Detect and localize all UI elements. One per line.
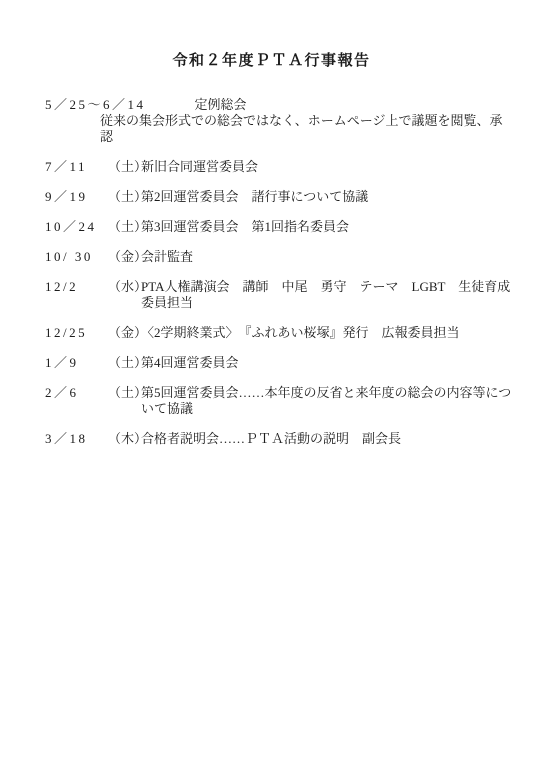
event-description: 新旧合同運営委員会 xyxy=(141,159,515,175)
event-row-main: 2／6 （土） 第5回運営委員会……本年度の反省と来年度の総会の内容等について協… xyxy=(45,385,515,417)
event-date: 10/ 30 xyxy=(45,249,108,265)
event-day-of-week: （土） xyxy=(108,385,141,401)
event-row-main: 12/25 （金） 〈2学期終業式〉 『ふれあい桜塚』発行 広報委員担当 xyxy=(45,325,515,341)
event-date: 2／6 xyxy=(45,385,108,401)
event-row: 2／6 （土） 第5回運営委員会……本年度の反省と来年度の総会の内容等について協… xyxy=(45,385,515,417)
event-date: 1／9 xyxy=(45,355,108,371)
page-title: 令和２年度ＰＴＡ行事報告 xyxy=(0,0,543,70)
event-day-of-week: （土） xyxy=(108,219,141,235)
event-day-of-week: （土） xyxy=(108,159,141,175)
event-date: 10／24 xyxy=(45,219,108,235)
event-description: 第2回運営委員会 諸行事について協議 xyxy=(141,189,515,205)
event-description: 合格者説明会……ＰＴＡ活動の説明 副会長 xyxy=(141,431,515,447)
event-date: 7／11 xyxy=(45,159,108,175)
event-row: 12/25 （金） 〈2学期終業式〉 『ふれあい桜塚』発行 広報委員担当 xyxy=(45,325,515,341)
event-row: 10/ 30 （金） 会計監査 xyxy=(45,249,515,265)
event-row-main: 9／19 （土） 第2回運営委員会 諸行事について協議 xyxy=(45,189,515,205)
event-row-main: 10/ 30 （金） 会計監査 xyxy=(45,249,515,265)
event-row: 5／25～6／14 定例総会 従来の集会形式での総会ではなく、ホームページ上で議… xyxy=(45,97,515,145)
event-day-of-week: （土） xyxy=(108,189,141,205)
event-day-of-week: （土） xyxy=(108,355,141,371)
event-row: 10／24 （土） 第3回運営委員会 第1回指名委員会 xyxy=(45,219,515,235)
event-description: 定例総会 xyxy=(195,97,515,113)
event-description: 会計監査 xyxy=(141,249,515,265)
event-day-of-week: （金） xyxy=(108,325,141,341)
event-row-main: 7／11 （土） 新旧合同運営委員会 xyxy=(45,159,515,175)
event-row: 12/2 （水） PTA人権講演会 講師 中尾 勇守 テーマ LGBT 生徒育成… xyxy=(45,279,515,311)
event-description: 第4回運営委員会 xyxy=(141,355,515,371)
event-row-main: 5／25～6／14 定例総会 xyxy=(45,97,515,113)
event-note: 従来の集会形式での総会ではなく、ホームページ上で議題を閲覧、承認 xyxy=(45,113,515,145)
event-date: 12/25 xyxy=(45,325,108,341)
event-date: 12/2 xyxy=(45,279,108,295)
event-row-main: 12/2 （水） PTA人権講演会 講師 中尾 勇守 テーマ LGBT 生徒育成… xyxy=(45,279,515,311)
event-date: 3／18 xyxy=(45,431,108,447)
event-description: 第3回運営委員会 第1回指名委員会 xyxy=(141,219,515,235)
event-row-main: 10／24 （土） 第3回運営委員会 第1回指名委員会 xyxy=(45,219,515,235)
event-row-main: 1／9 （土） 第4回運営委員会 xyxy=(45,355,515,371)
document-page: 令和２年度ＰＴＡ行事報告 5／25～6／14 定例総会 従来の集会形式での総会で… xyxy=(0,0,543,768)
event-description: 〈2学期終業式〉 『ふれあい桜塚』発行 広報委員担当 xyxy=(141,325,515,341)
event-row-main: 3／18 （木） 合格者説明会……ＰＴＡ活動の説明 副会長 xyxy=(45,431,515,447)
event-list: 5／25～6／14 定例総会 従来の集会形式での総会ではなく、ホームページ上で議… xyxy=(0,97,543,447)
event-row: 3／18 （木） 合格者説明会……ＰＴＡ活動の説明 副会長 xyxy=(45,431,515,447)
event-day-of-week: （木） xyxy=(108,431,141,447)
event-day-of-week: （水） xyxy=(108,279,141,295)
event-date: 5／25～6／14 xyxy=(45,97,146,113)
event-row: 7／11 （土） 新旧合同運営委員会 xyxy=(45,159,515,175)
event-day-of-week: （金） xyxy=(108,249,141,265)
event-description: PTA人権講演会 講師 中尾 勇守 テーマ LGBT 生徒育成委員担当 xyxy=(141,279,515,311)
event-date: 9／19 xyxy=(45,189,108,205)
event-row: 9／19 （土） 第2回運営委員会 諸行事について協議 xyxy=(45,189,515,205)
event-description: 第5回運営委員会……本年度の反省と来年度の総会の内容等について協議 xyxy=(141,385,515,417)
event-row: 1／9 （土） 第4回運営委員会 xyxy=(45,355,515,371)
